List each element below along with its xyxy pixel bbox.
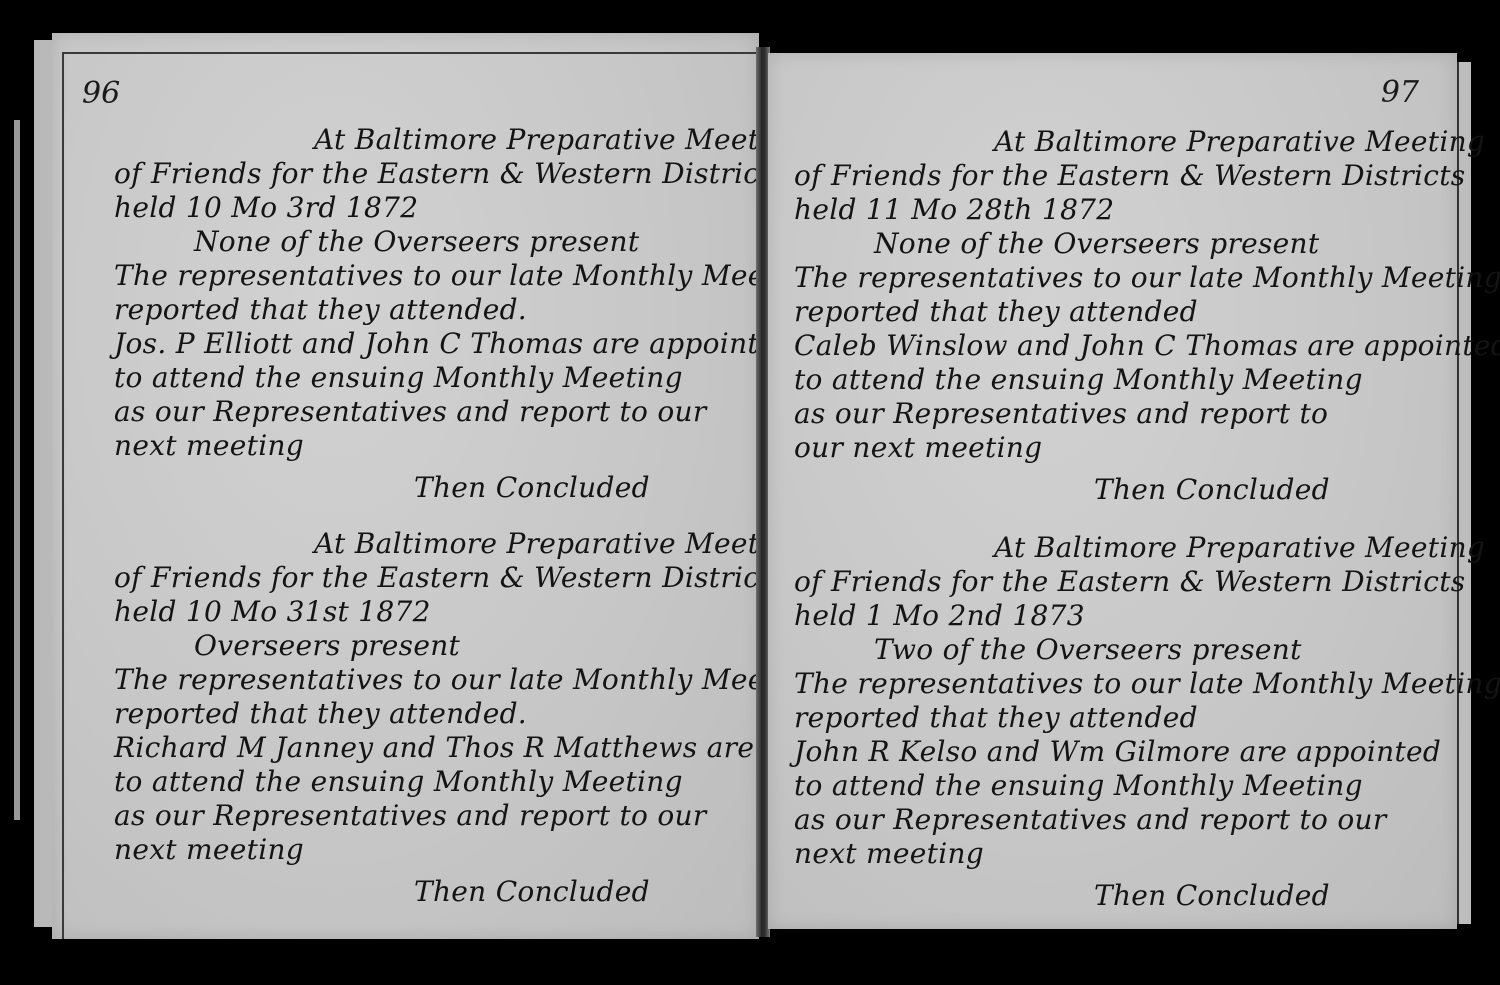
entry-overseers: Overseers present <box>114 629 739 663</box>
entry-line: The representatives to our late Monthly … <box>114 663 739 697</box>
entry-line: as our Representatives and report to <box>794 397 1437 431</box>
entry-line: reported that they attended. <box>114 697 739 731</box>
entry-appointees: Caleb Winslow and John C Thomas are appo… <box>794 329 1437 363</box>
meeting-entry: At Baltimore Preparative Meeting of Frie… <box>114 527 739 909</box>
entry-line: of Friends for the Eastern & Western Dis… <box>794 565 1437 599</box>
entry-date: held 11 Mo 28th 1872 <box>794 193 1437 227</box>
entry-closing: Then Concluded <box>114 471 739 505</box>
entry-line: to attend the ensuing Monthly Meeting <box>114 361 739 395</box>
entry-line: reported that they attended <box>794 295 1437 329</box>
entry-heading: At Baltimore Preparative Meeting <box>794 531 1437 565</box>
entry-appointees: John R Kelso and Wm Gilmore are appointe… <box>794 735 1437 769</box>
entry-date: held 10 Mo 3rd 1872 <box>114 191 739 225</box>
page-number: 96 <box>82 76 120 111</box>
entry-line: of Friends for the Eastern & Western Dis… <box>114 561 739 595</box>
entry-heading: At Baltimore Preparative Meeting <box>794 125 1437 159</box>
meeting-entry: At Baltimore Preparative Meeting of Frie… <box>794 125 1437 507</box>
entry-heading: At Baltimore Preparative Meeting <box>114 527 739 561</box>
entry-appointees: Richard M Janney and Thos R Matthews are… <box>114 731 739 765</box>
entry-closing: Then Concluded <box>794 473 1437 507</box>
entry-line: of Friends for the Eastern & Western Dis… <box>114 157 739 191</box>
entry-overseers: None of the Overseers present <box>114 225 739 259</box>
entry-line: our next meeting <box>794 431 1437 465</box>
meeting-entry: At Baltimore Preparative Meeting of Frie… <box>114 123 739 505</box>
entry-overseers: None of the Overseers present <box>794 227 1437 261</box>
entry-line: next meeting <box>114 833 739 867</box>
page-number: 97 <box>1381 75 1419 110</box>
entry-line: as our Representatives and report to our <box>114 799 739 833</box>
entry-overseers: Two of the Overseers present <box>794 633 1437 667</box>
entry-line: next meeting <box>114 429 739 463</box>
entry-line: reported that they attended <box>794 701 1437 735</box>
right-page: 97 At Baltimore Preparative Meeting of F… <box>768 53 1457 929</box>
entry-line: to attend the ensuing Monthly Meeting <box>114 765 739 799</box>
entry-line: reported that they attended. <box>114 293 739 327</box>
entry-date: held 10 Mo 31st 1872 <box>114 595 739 629</box>
entry-appointees: Jos. P Elliott and John C Thomas are app… <box>114 327 739 361</box>
meeting-entry: At Baltimore Preparative Meeting of Frie… <box>794 531 1437 913</box>
entry-heading: At Baltimore Preparative Meeting <box>114 123 739 157</box>
entry-line: as our Representatives and report to our <box>114 395 739 429</box>
entry-line: The representatives to our late Monthly … <box>794 261 1437 295</box>
entry-closing: Then Concluded <box>114 875 739 909</box>
entry-line: to attend the ensuing Monthly Meeting <box>794 363 1437 397</box>
entry-line: as our Representatives and report to our <box>794 803 1437 837</box>
entry-line: The representatives to our late Monthly … <box>794 667 1437 701</box>
entry-line: next meeting <box>794 837 1437 871</box>
entry-closing: Then Concluded <box>794 879 1437 913</box>
left-page: 96 At Baltimore Preparative Meeting of F… <box>52 33 759 939</box>
entry-line: The representatives to our late Monthly … <box>114 259 739 293</box>
underlying-page-edge <box>14 120 20 820</box>
entry-date: held 1 Mo 2nd 1873 <box>794 599 1437 633</box>
entry-line: to attend the ensuing Monthly Meeting <box>794 769 1437 803</box>
entry-line: of Friends for the Eastern & Western Dis… <box>794 159 1437 193</box>
